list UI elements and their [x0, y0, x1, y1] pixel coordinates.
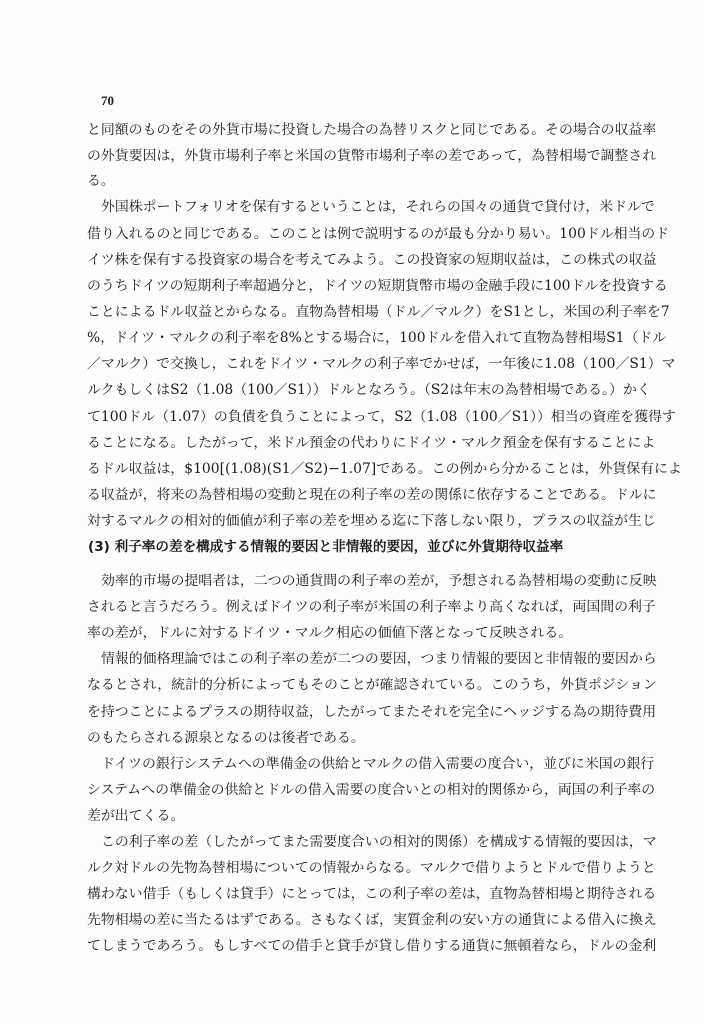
body-line: 情報的価格理論ではこの利子率の差が二つの要因，つまり情報的要因と非情報的要因から	[101, 649, 629, 669]
body-line: %，ドイツ・マルクの利子率を8%とする場合に，100ドルを借入れて直物為替相場S…	[87, 328, 629, 348]
body-line: ルクもしくはS2（1.08（100／S1））ドルとなろう。（S2は年末の為替相場…	[87, 380, 629, 400]
body-line: て100ドル（1.07）の負債を負うことによって，S2（1.08（100／S1）…	[87, 407, 629, 427]
document-page: 70 と同額のものをその外貨市場に投資した場合の為替リスクと同じである。その場合…	[0, 0, 704, 1024]
body-line: ことによるドル収益とからなる。直物為替相場（ドル／マルク）をS1とし，米国の利子…	[87, 302, 629, 322]
section-heading: (3) 利子率の差を構成する情報的要因と非情報的要因，並びに外貨期待収益率	[88, 537, 563, 557]
body-line: る収益が，将来の為替相場の変動と現在の利子率の差の関係に依存することである。ドル…	[87, 485, 629, 505]
body-line: る。	[87, 171, 629, 191]
body-line: ドイツの銀行システムへの準備金の供給とマルクの借入需要の度合い，並びに米国の銀行	[101, 754, 629, 774]
body-line: 外国株ポートフォリオを保有するということは，それらの国々の通貨で貸付け，米ドルで	[101, 197, 629, 217]
body-line: を持つことによるプラスの期待収益，したがってまたそれを完全にヘッジする為の期待費…	[87, 702, 629, 722]
body-line: ／マルク）で交換し，これをドイツ・マルクの利子率でかせば，一年後に1.08（10…	[87, 354, 629, 374]
body-line: の外貨要因は，外貨市場利子率と米国の貨幣市場利子率の差であって，為替相場で調整さ…	[87, 146, 629, 166]
body-line: のもたらされる源泉となるのは後者である。	[87, 728, 629, 748]
body-line: なるとされ，統計的分析によってもそのことが確認されている。このうち，外貨ポジショ…	[87, 675, 629, 695]
body-line: てしまうであろう。もしすべての借手と貸手が貸し借りする通貨に無頓着なら，ドルの金…	[87, 936, 629, 956]
body-line: 効率的市場の提唱者は，二つの通貨間の利子率の差が，予想される為替相場の変動に反映	[101, 571, 629, 591]
body-line: イツ株を保有する投資家の場合を考えてみよう。この投資家の短期収益は，この株式の収…	[87, 250, 629, 270]
body-line: システムへの準備金の供給とドルの借入需要の度合いとの相対的関係から，両国の利子率…	[87, 780, 629, 800]
body-line: のうちドイツの短期利子率超過分と，ドイツの短期貨幣市場の金融手段に100ドルを投…	[87, 276, 629, 296]
body-line: と同額のものをその外貨市場に投資した場合の為替リスクと同じである。その場合の収益…	[87, 120, 629, 140]
body-line: 先物相場の差に当たるはずである。さもなくば，実質金利の安い方の通貨による借入に換…	[87, 910, 629, 930]
body-line: この利子率の差（したがってまた需要度合いの相対的関係）を構成する情報的要因は，マ	[101, 832, 629, 852]
body-line: 対するマルクの相対的価値が利子率の差を埋める迄に下落しない限り，プラスの収益が生…	[87, 511, 629, 531]
body-line: されると言うだろう。例えばドイツの利子率が米国の利子率より高くなれば，両国間の利…	[87, 597, 629, 617]
body-line: るドル収益は，$100[(1.08)(S1／S2)−1.07]である。この例から…	[87, 459, 629, 479]
body-line: ルク対ドルの先物為替相場についての情報からなる。マルクで借りようとドルで借りよう…	[87, 858, 629, 878]
body-line: 借り入れるのと同じである。このことは例で説明するのが最も分かり易い。100ドル相…	[87, 224, 629, 244]
body-line: 差が出てくる。	[87, 806, 629, 826]
body-line: 構わない借手（もしくは貸手）にとっては，この利子率の差は，直物為替相場と期待され…	[87, 884, 629, 904]
page-number: 70	[101, 93, 114, 109]
body-line: ることになる。したがって，米ドル預金の代わりにドイツ・マルク預金を保有することに…	[87, 433, 629, 453]
body-line: 率の差が，ドルに対するドイツ・マルク相応の価値下落となって反映される。	[87, 623, 629, 643]
